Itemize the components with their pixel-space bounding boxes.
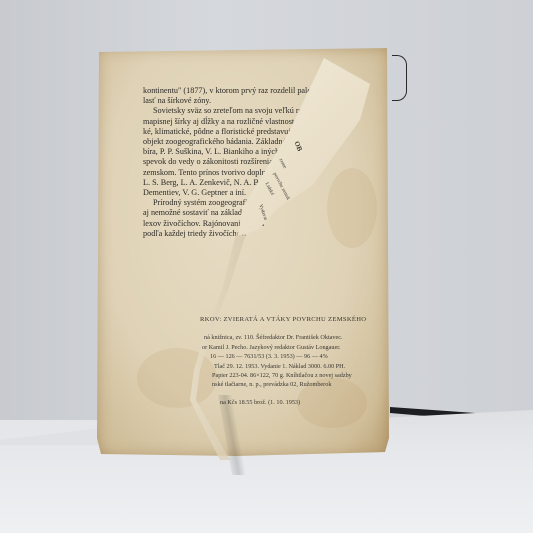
text-line: podľa každej triedy živočíchov. <box>143 229 311 239</box>
colophon-title: RKOV: ZVIERATÁ A VTÁKY POVRCHU ZEMSKÉHO <box>200 315 366 324</box>
text-line: kontinentu" (1877), v ktorom prvý raz ro… <box>143 86 311 96</box>
colophon-line: Papier 223-04. 86×122, 70 g. Kníhtlačou … <box>200 371 366 380</box>
text-line: aj nemožné sostaviť na základe výsku <box>143 208 311 218</box>
colophon-line: 16 — 126 — 7631/53 (3. 3. 1953) — 96 — 4… <box>200 352 366 361</box>
colophon: RKOV: ZVIERATÁ A VTÁKY POVRCHU ZEMSKÉHO … <box>200 315 366 407</box>
cable-loop <box>392 55 407 101</box>
colophon-line: ná knižnica, zv. 110. Šéfredaktor Dr. Fr… <box>200 333 366 342</box>
colophon-line: Tlač 29. 12. 1953. Vydanie 1. Náklad 300… <box>200 362 366 371</box>
text-line: ké, klimatické, pôdne a floristické pred… <box>143 127 311 137</box>
text-line: lasť na šírkové zóny. <box>143 96 311 106</box>
colophon-line: nské tlačiarne, n. p., prevádzka 02, Ruž… <box>200 380 366 389</box>
stain <box>327 168 377 248</box>
text-line: lexov živočíchov. Rajónovanie pevni <box>143 219 311 229</box>
text-line: mapisnej šírky aj dĺžky a na rozličné vl… <box>143 117 311 127</box>
colophon-line: or Kamil J. Pecho. Jazykový redaktor Gus… <box>200 343 366 352</box>
text-line: Sovietsky sväz so zreteľom na svoju veľk… <box>143 106 311 116</box>
